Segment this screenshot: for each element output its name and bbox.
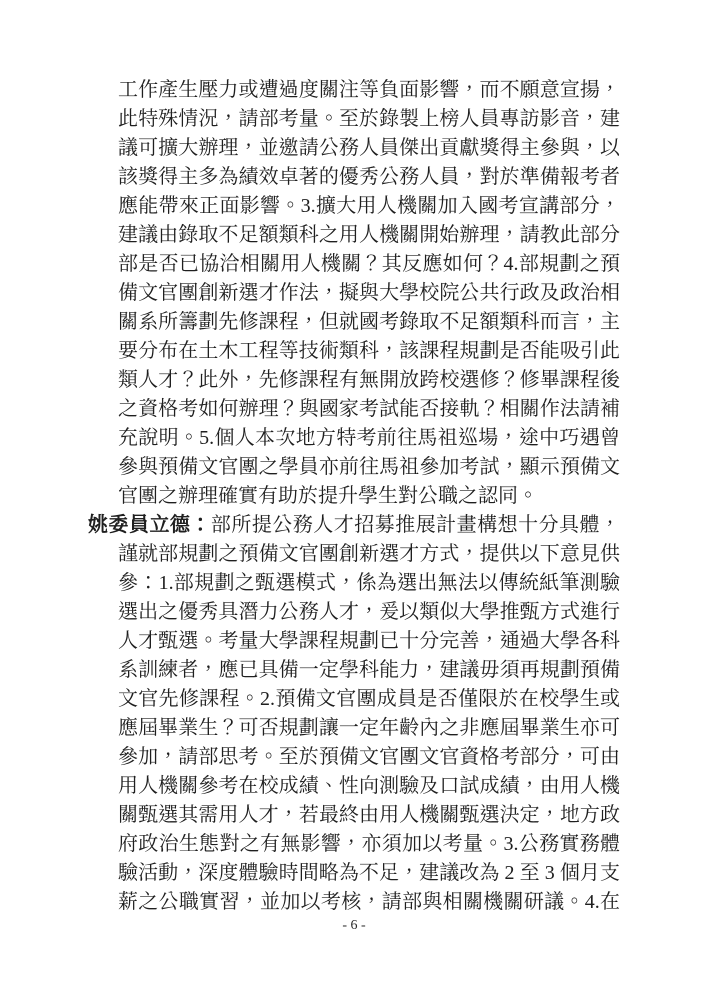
text-line: 參：1.部規劃之甄選模式，係為選出無法以傳統紙筆測驗	[88, 569, 620, 598]
speaker-line: 姚委員立德：部所提公務人才招募推展計畫構想十分具體，	[88, 511, 620, 540]
text-line: 薪之公職實習，並加以考核，請部與相關機關研議。4.在	[88, 888, 620, 917]
text-line: 此特殊情況，請部考量。至於錄製上榜人員專訪影音，建	[88, 105, 620, 134]
text-line: 文官先修課程。2.預備文官團成員是否僅限於在校學生或	[88, 685, 620, 714]
text-line: 驗活動，深度體驗時間略為不足，建議改為 2 至 3 個月支	[88, 859, 620, 888]
text-line: 府政治生態對之有無影響，亦須加以考量。3.公務實務體	[88, 830, 620, 859]
text-line: 參加，請部思考。至於預備文官團文官資格考部分，可由	[88, 743, 620, 772]
text-line: 謹就部規劃之預備文官團創新選才方式，提供以下意見供	[88, 540, 620, 569]
text-line: 人才甄選。考量大學課程規劃已十分完善，通過大學各科	[88, 627, 620, 656]
text-line: 充說明。5.個人本次地方特考前往馬祖巡場，途中巧遇曾	[88, 424, 620, 453]
text-line: 之資格考如何辦理？與國家考試能否接軌？相關作法請補	[88, 395, 620, 424]
text-line: 備文官團創新選才作法，擬與大學校院公共行政及政治相	[88, 279, 620, 308]
text-line: 關系所籌劃先修課程，但就國考錄取不足額類科而言，主	[88, 308, 620, 337]
text-line: 用人機關參考在校成績、性向測驗及口試成績，由用人機	[88, 772, 620, 801]
text-line: 該獎得主多為績效卓著的優秀公務人員，對於準備報考者	[88, 163, 620, 192]
text-line: 應能帶來正面影響。3.擴大用人機關加入國考宣講部分，	[88, 192, 620, 221]
text-line: 部是否已協洽相關用人機關？其反應如何？4.部規劃之預	[88, 250, 620, 279]
text-line: 關甄選其需用人才，若最終由用人機關甄選決定，地方政	[88, 801, 620, 830]
speaker-name: 姚委員立德：	[88, 514, 211, 536]
text-line: 應屆畢業生？可否規劃讓一定年齡內之非應屆畢業生亦可	[88, 714, 620, 743]
text-line: 選出之優秀具潛力公務人才，爰以類似大學推甄方式進行	[88, 598, 620, 627]
text-line: 建議由錄取不足額類科之用人機關開始辦理，請教此部分	[88, 221, 620, 250]
text-line: 要分布在土木工程等技術類科，該課程規劃是否能吸引此	[88, 337, 620, 366]
text-line: 議可擴大辦理，並邀請公務人員傑出貢獻獎得主參與，以	[88, 134, 620, 163]
text-line: 官團之辦理確實有助於提升學生對公職之認同。	[88, 482, 620, 511]
document-page: 工作產生壓力或遭過度關注等負面影響，而不願意宣揚，此特殊情況，請部考量。至於錄製…	[0, 0, 707, 1000]
text-line: 類人才？此外，先修課程有無開放跨校選修？修畢課程後	[88, 366, 620, 395]
page-number: - 6 -	[88, 916, 620, 936]
text-block: 工作產生壓力或遭過度關注等負面影響，而不願意宣揚，此特殊情況，請部考量。至於錄製…	[88, 76, 620, 917]
text-line: 工作產生壓力或遭過度關注等負面影響，而不願意宣揚，	[88, 76, 620, 105]
text-line: 系訓練者，應已具備一定學科能力，建議毋須再規劃預備	[88, 656, 620, 685]
text-line: 參與預備文官團之學員亦前往馬祖參加考試，顯示預備文	[88, 453, 620, 482]
